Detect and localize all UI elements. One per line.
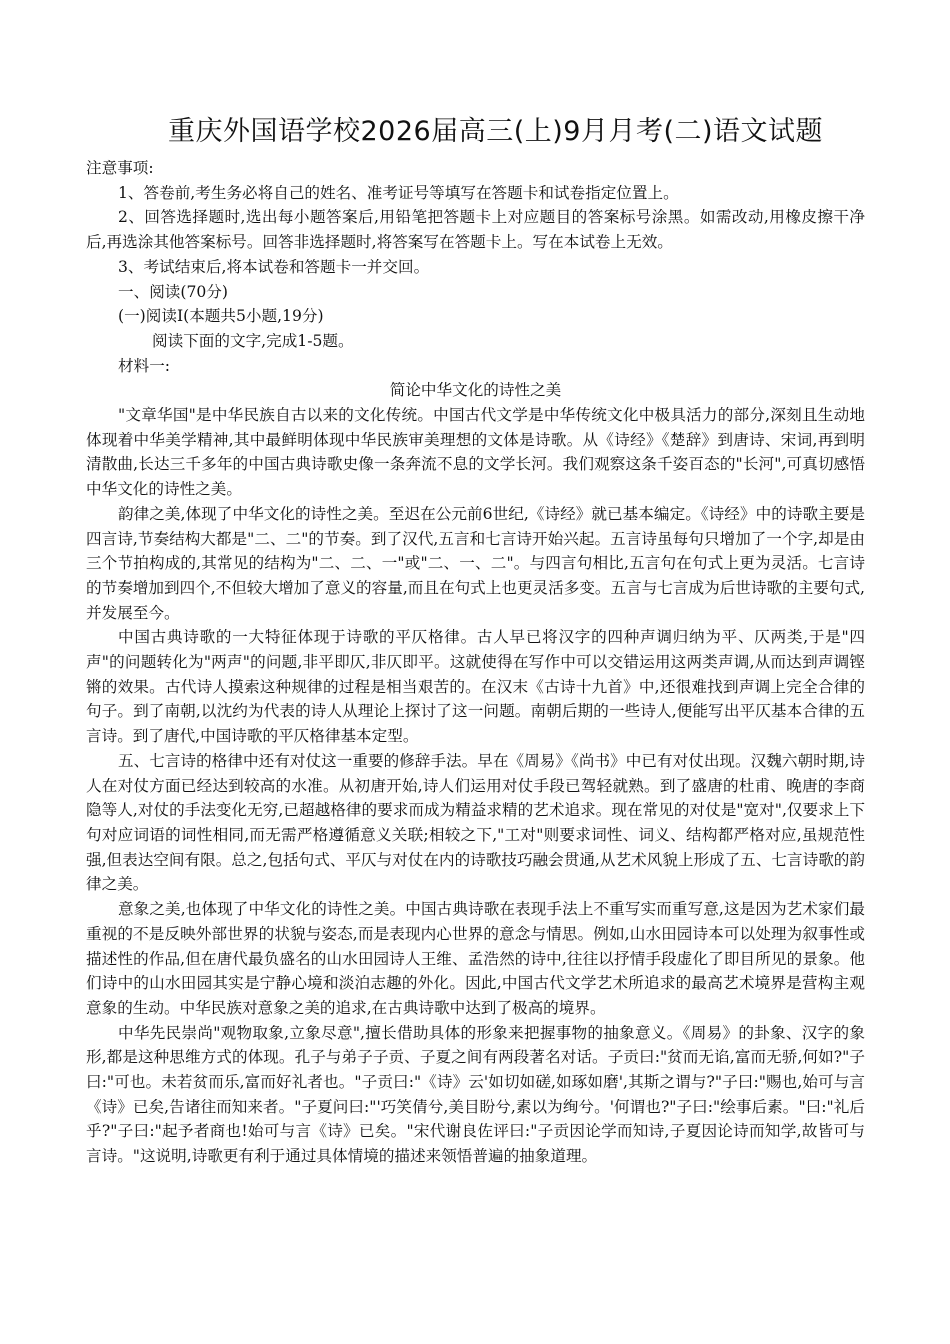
exam-title: 重庆外国语学校2026届高三(上)9月月考(二)语文试题 [86, 112, 865, 152]
article-paragraph-2: 韵律之美,体现了中华文化的诗性之美。至迟在公元前6世纪,《诗经》就已基本编定。《… [86, 502, 865, 626]
reading-instruction: 阅读下面的文字,完成1-5题。 [86, 329, 865, 354]
notice-item-3: 3、考试结束后,将本试卷和答题卡一并交回。 [86, 255, 865, 280]
exam-page: 重庆外国语学校2026届高三(上)9月月考(二)语文试题 注意事项: 1、答卷前… [86, 112, 865, 1169]
material-label: 材料一: [86, 354, 865, 379]
article-paragraph-5: 意象之美,也体现了中华文化的诗性之美。中国古典诗歌在表现手法上不重写实而重写意,… [86, 897, 865, 1021]
article-title: 简论中华文化的诗性之美 [86, 378, 865, 403]
article-paragraph-3: 中国古典诗歌的一大特征体现于诗歌的平仄格律。古人早已将汉字的四种声调归纳为平、仄… [86, 625, 865, 749]
notice-item-1: 1、答卷前,考生务必将自己的姓名、准考证号等填写在答题卡和试卷指定位置上。 [86, 181, 865, 206]
notice-heading: 注意事项: [86, 156, 865, 181]
notice-item-2: 2、回答选择题时,选出每小题答案后,用铅笔把答题卡上对应题目的答案标号涂黑。如需… [86, 205, 865, 254]
section-heading: 一、阅读(70分) [86, 280, 865, 305]
article-paragraph-1: "文章华国"是中华民族自古以来的文化传统。中国古代文学是中华传统文化中极具活力的… [86, 403, 865, 502]
subsection-heading: (一)阅读Ⅰ(本题共5小题,19分) [86, 304, 865, 329]
article-paragraph-4: 五、七言诗的格律中还有对仗这一重要的修辞手法。早在《周易》《尚书》中已有对仗出现… [86, 749, 865, 897]
article-paragraph-6: 中华先民崇尚"观物取象,立象尽意",擅长借助具体的形象来把握事物的抽象意义。《周… [86, 1021, 865, 1169]
